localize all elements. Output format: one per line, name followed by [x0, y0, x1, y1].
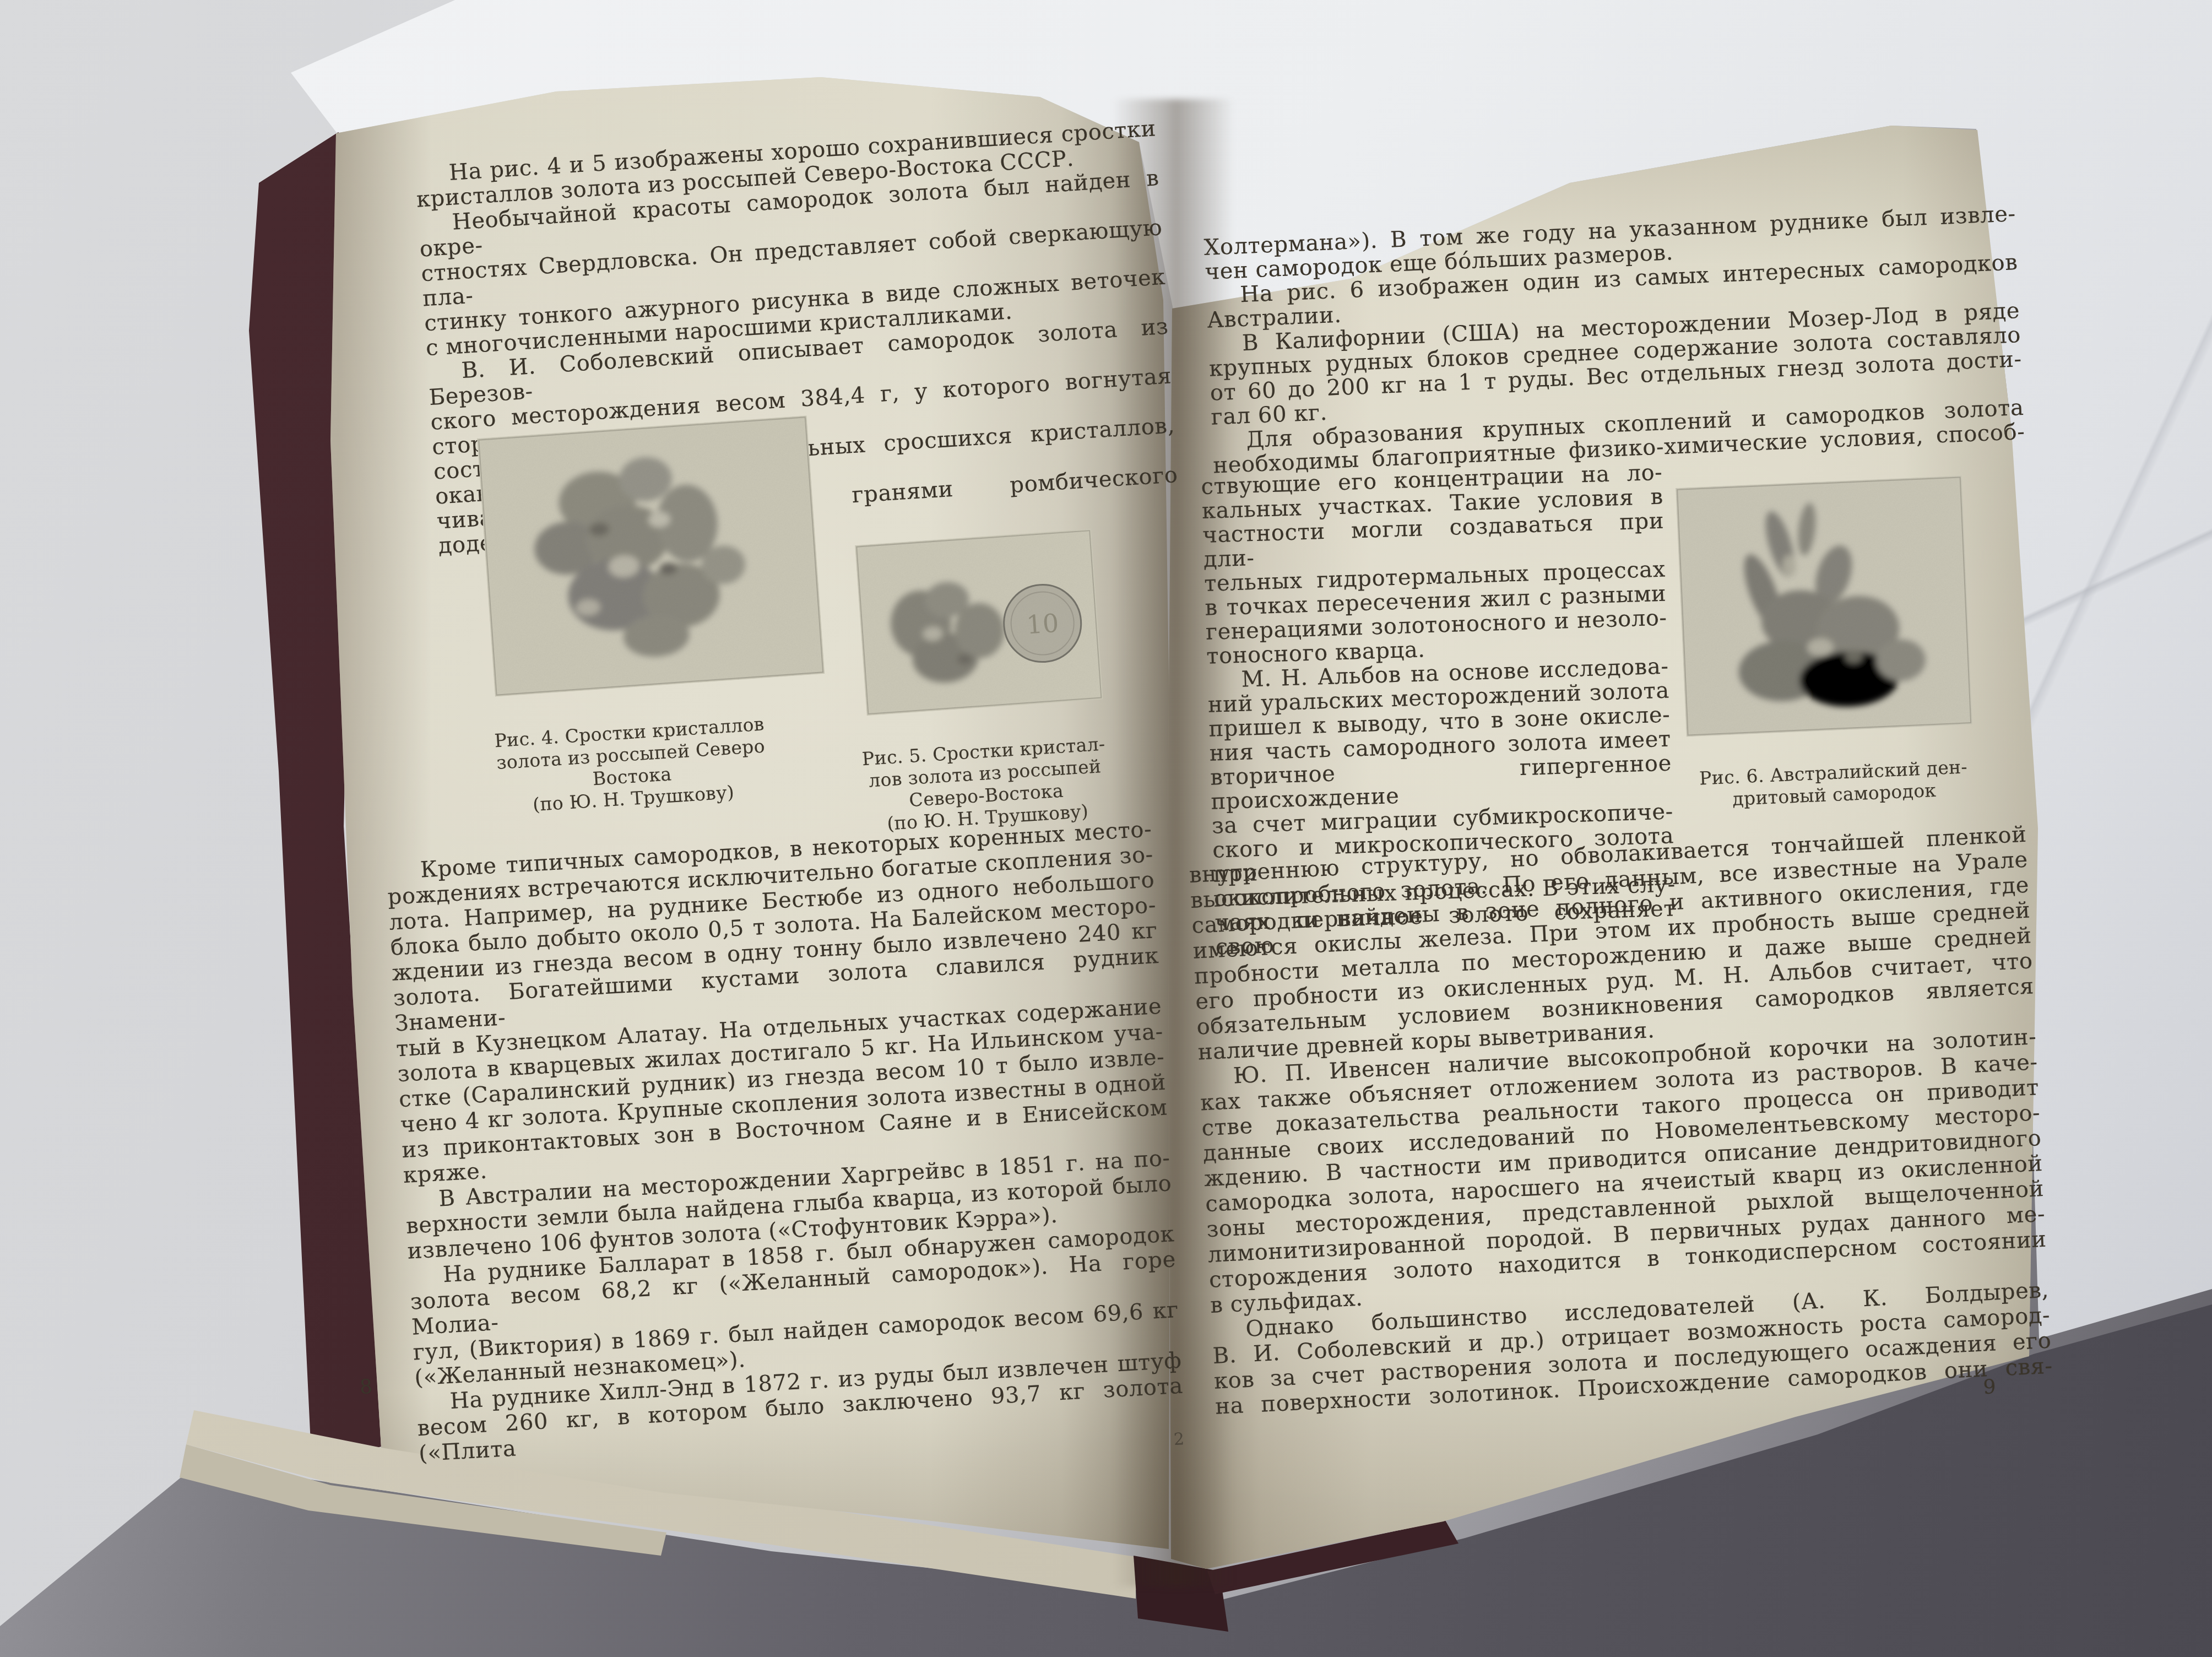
right-page-number: 9	[1983, 1376, 1996, 1399]
figure-4-photo	[477, 415, 825, 697]
figure-6-photo	[1676, 475, 1972, 737]
figure-5-photo: 10	[855, 529, 1103, 716]
printers-signature-mark: 2	[1173, 1429, 1185, 1449]
photo-of-open-book: На рис. 4 и 5 изображены хорошо сохранив…	[0, 0, 2212, 1657]
right-page-top-paragraphs: Холтермана»). В том же году на указанном…	[1203, 202, 2025, 478]
right-page-bottom-paragraphs: внутреннюю структуру, но обволакивается …	[1189, 822, 2053, 1420]
left-page-main-paragraphs: Кроме типичных самородков, в некоторых к…	[386, 816, 1185, 1466]
left-page-number: 8	[359, 1376, 373, 1399]
